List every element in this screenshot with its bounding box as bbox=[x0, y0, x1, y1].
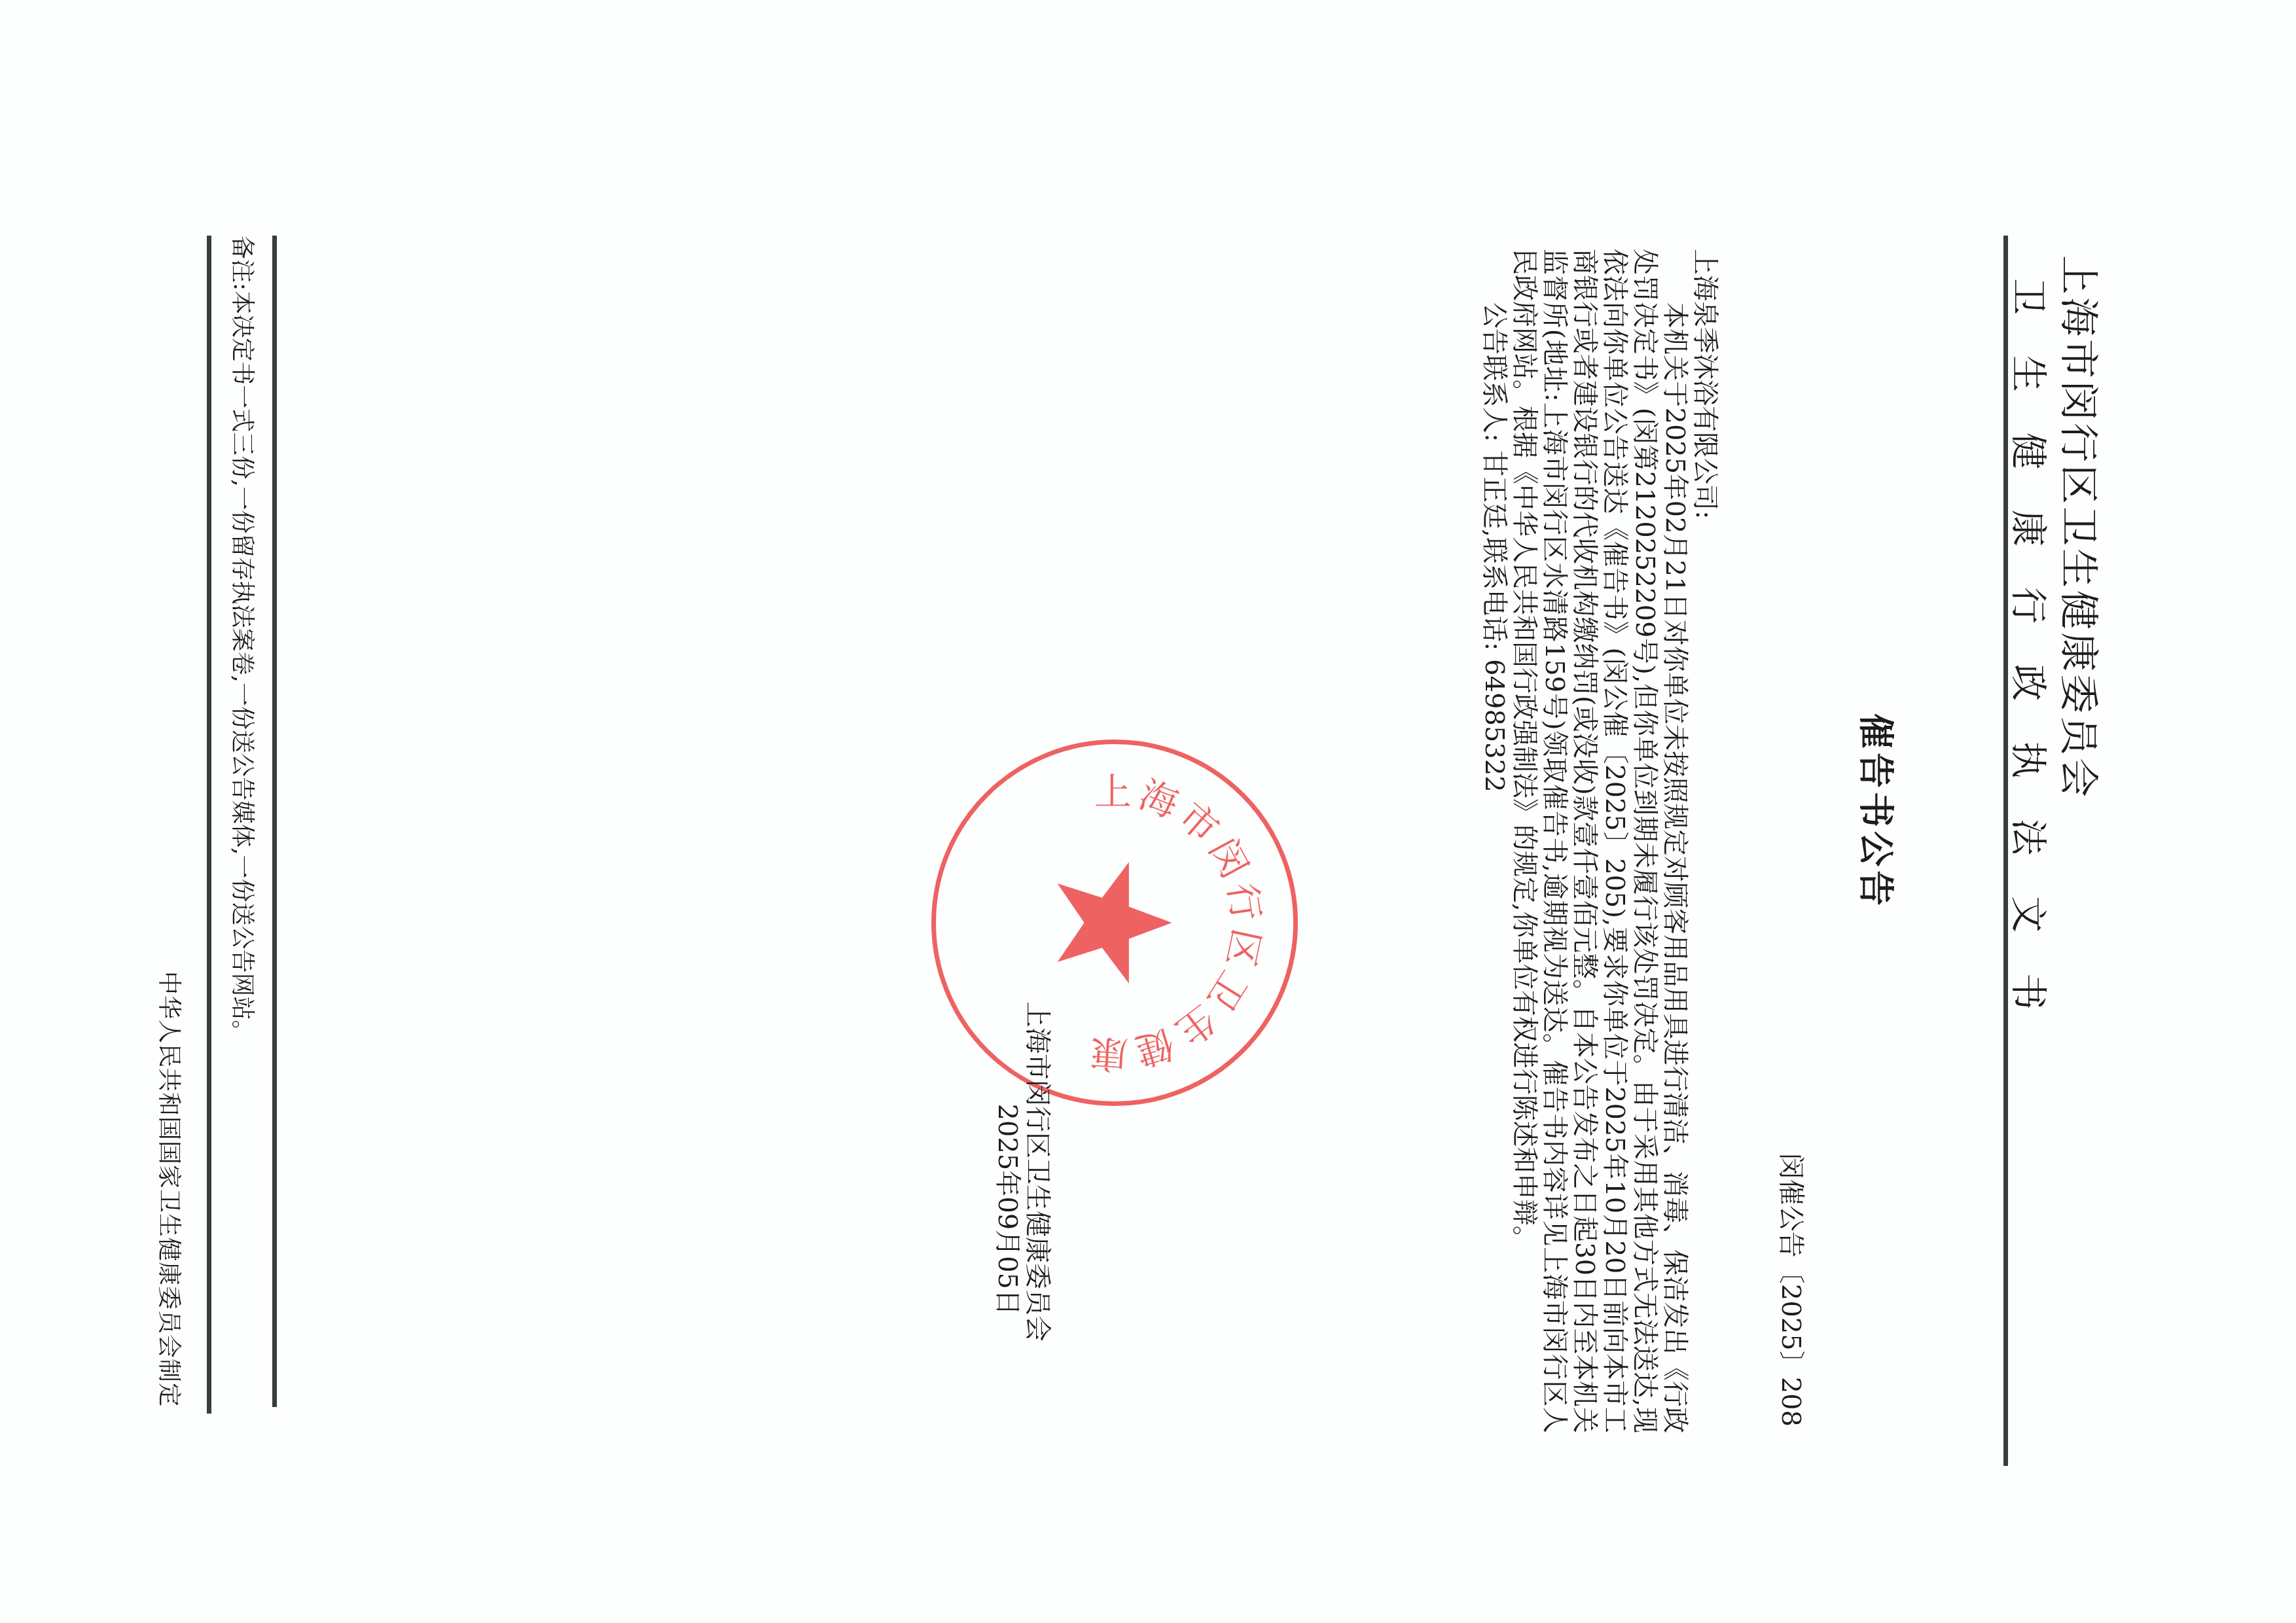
recipient: 上海泉季沐浴有限公司: bbox=[1690, 249, 1720, 1433]
footer-divider-bottom bbox=[207, 236, 211, 1414]
doc-type-title: 卫生健康行政执法文书 bbox=[2005, 278, 2057, 1050]
header-divider bbox=[2003, 236, 2008, 1466]
signing-date: 2025年09月05日 bbox=[992, 1001, 1022, 1315]
notice-title: 催告书公告 bbox=[1853, 0, 1903, 1623]
body-paragraph: 本机关于2025年02月21日对你单位未按照规定对顾客用品用具进行清洁、消毒、保… bbox=[1509, 249, 1690, 1433]
doc-number: 闵催公告〔2025〕208 bbox=[1774, 1153, 1812, 1427]
signing-organization: 上海市闵行区卫生健康委员会 bbox=[1022, 1001, 1052, 1342]
official-seal: 上海市闵行区卫生健康委员会 bbox=[931, 740, 1298, 1106]
document-page: 上海市闵行区卫生健康委员会 卫生健康行政执法文书 催告书公告 闵催公告〔2025… bbox=[0, 0, 2296, 1623]
notice-body: 上海泉季沐浴有限公司: 本机关于2025年02月21日对你单位未按照规定对顾客用… bbox=[1479, 249, 1720, 1433]
signature-block: 上海市闵行区卫生健康委员会 2025年09月05日 bbox=[992, 1001, 1052, 1342]
remark-note: 备注:本决定书一式三份,一份留存执法案卷,一份送公告媒体,一份送公告网站。 bbox=[227, 236, 260, 1043]
org-title: 上海市闵行区卫生健康委员会 bbox=[2053, 255, 2109, 800]
seal-star-icon: 上海市闵行区卫生健康委员会 bbox=[936, 744, 1293, 1101]
form-maker: 中华人民共和国国家卫生健康委员会制定 bbox=[154, 971, 187, 1407]
footer-divider-top bbox=[272, 236, 277, 1407]
contact-line: 公告联系人: 甘正廷,联系电话: 64985322 bbox=[1479, 249, 1509, 1433]
